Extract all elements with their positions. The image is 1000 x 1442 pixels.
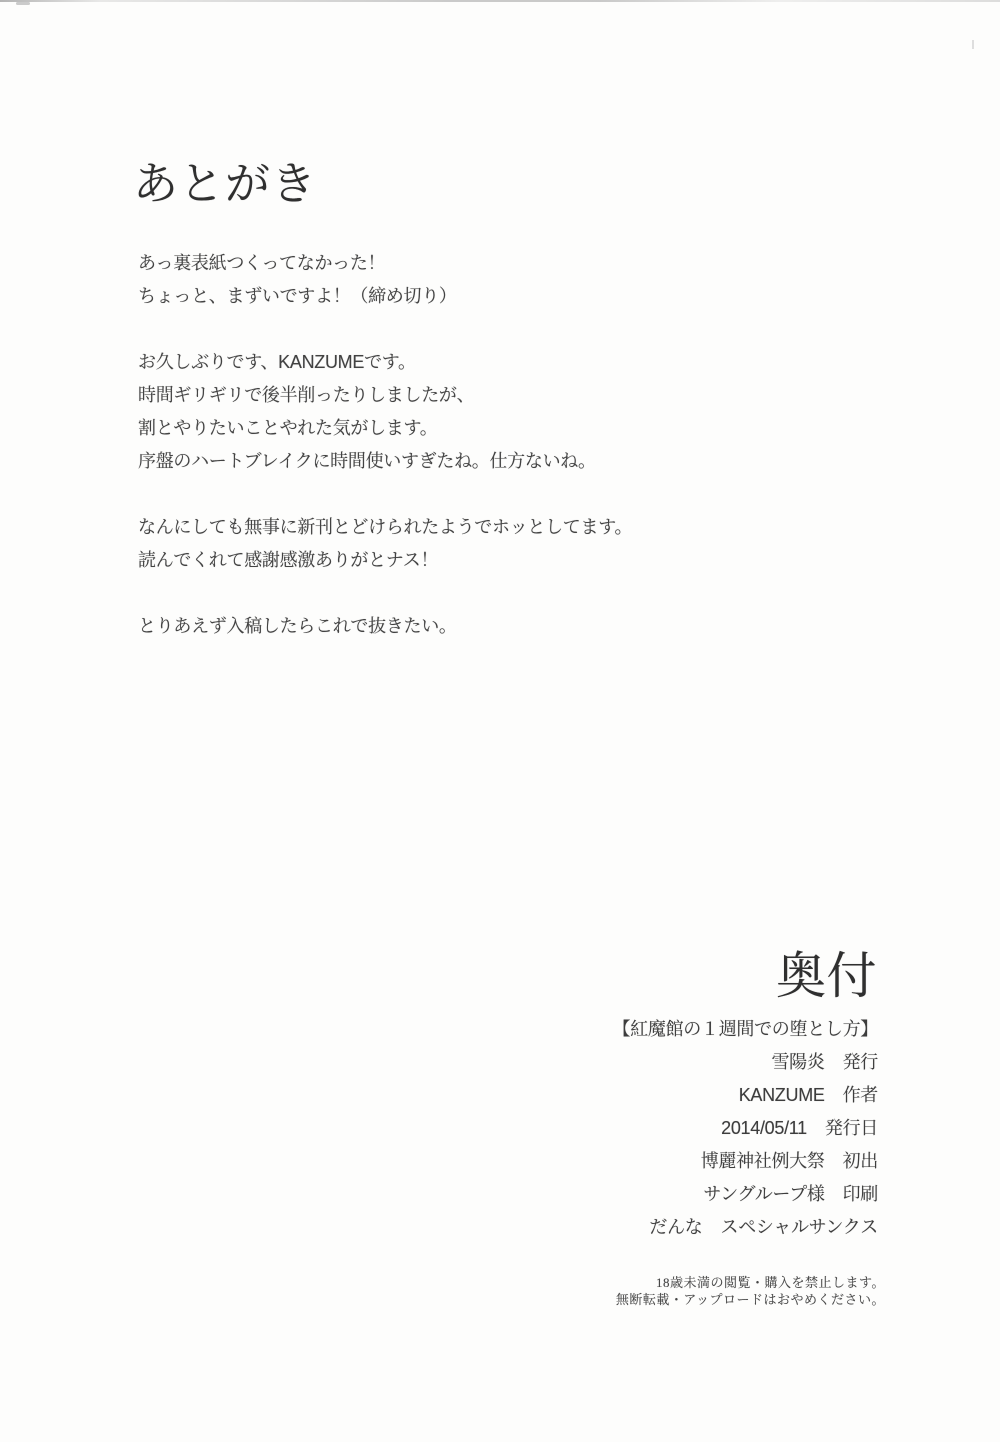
colophon-row-publication-date: 2014/05/11発行日 bbox=[613, 1112, 879, 1145]
afterword-line: 時間ギリギリで後半削ったりしましたが、 bbox=[138, 385, 474, 405]
colophon-block: 【紅魔館の１週間での堕とし方】 雪陽炎発行 KANZUME作者 2014/05/… bbox=[613, 1013, 879, 1244]
colophon-title: 奥付 bbox=[776, 949, 877, 1004]
scan-artifact-speck-right bbox=[972, 40, 974, 49]
notice-line-reupload: 無断転載・アップロードはおやめください。 bbox=[616, 1292, 885, 1307]
scan-artifact-top-edge bbox=[0, 0, 1000, 2]
afterword-line: 読んでくれて感謝感激ありがとナス！ bbox=[138, 550, 438, 570]
publication-date-value: 2014/05/11 bbox=[721, 1118, 807, 1138]
afterword-line: あっ裏表紙つくってなかった！ bbox=[138, 253, 385, 273]
afterword-paragraph: あっ裏表紙つくってなかった！ ちょっと、まずいですよ！（締め切り） bbox=[138, 247, 758, 313]
author-label: 作者 bbox=[843, 1079, 878, 1112]
first-release-label: 初出 bbox=[843, 1145, 878, 1178]
publisher-label: 発行 bbox=[843, 1046, 878, 1079]
printer-label: 印刷 bbox=[843, 1178, 878, 1211]
afterword-paragraph: お久しぶりです、KANZUMEです。 時間ギリギリで後半削ったりしましたが、 割… bbox=[138, 346, 758, 478]
publication-date-label: 発行日 bbox=[825, 1112, 878, 1145]
first-release-value: 博麗神社例大祭 bbox=[701, 1151, 825, 1171]
afterword-line: ちょっと、まずいですよ！（締め切り） bbox=[138, 286, 457, 306]
author-value: KANZUME bbox=[739, 1085, 825, 1105]
afterword-body: あっ裏表紙つくってなかった！ ちょっと、まずいですよ！（締め切り） お久しぶりで… bbox=[138, 247, 758, 643]
age-restriction-notice: 18歳未満の閲覧・購入を禁止します。 無断転載・アップロードはおやめください。 bbox=[616, 1274, 885, 1308]
scan-artifact-speck-left bbox=[16, 2, 30, 5]
afterword-line: 序盤のハートブレイクに時間使いすぎたね。仕方ないね。 bbox=[138, 451, 596, 471]
scanned-doujinshi-afterword-page: あとがき あっ裏表紙つくってなかった！ ちょっと、まずいですよ！（締め切り） お… bbox=[0, 0, 1000, 1442]
notice-line-age: 18歳未満の閲覧・購入を禁止します。 bbox=[656, 1275, 885, 1290]
special-thanks-label: スペシャルサンクス bbox=[721, 1211, 879, 1244]
book-title-text: 【紅魔館の１週間での堕とし方】 bbox=[613, 1019, 879, 1039]
printer-value: サングループ様 bbox=[703, 1184, 824, 1204]
special-thanks-value: だんな bbox=[649, 1217, 702, 1237]
publisher-value: 雪陽炎 bbox=[771, 1052, 824, 1072]
afterword-line: なんにしても無事に新刊とどけられたようでホッとしてます。 bbox=[138, 517, 632, 537]
colophon-row-special-thanks: だんなスペシャルサンクス bbox=[613, 1211, 879, 1244]
colophon-book-title: 【紅魔館の１週間での堕とし方】 bbox=[613, 1013, 879, 1046]
afterword-title: あとがき bbox=[133, 158, 317, 210]
colophon-row-author: KANZUME作者 bbox=[613, 1079, 879, 1112]
afterword-line: 割とやりたいことやれた気がします。 bbox=[138, 418, 437, 438]
colophon-row-first-release: 博麗神社例大祭初出 bbox=[613, 1145, 879, 1178]
afterword-line: とりあえず入稿したらこれで抜きたい。 bbox=[138, 616, 457, 636]
colophon-row-publisher: 雪陽炎発行 bbox=[613, 1046, 879, 1079]
afterword-paragraph: とりあえず入稿したらこれで抜きたい。 bbox=[138, 610, 758, 643]
afterword-paragraph: なんにしても無事に新刊とどけられたようでホッとしてます。 読んでくれて感謝感激あ… bbox=[138, 511, 758, 577]
afterword-line: お久しぶりです、KANZUMEです。 bbox=[138, 352, 416, 372]
colophon-row-printer: サングループ様印刷 bbox=[613, 1178, 879, 1211]
